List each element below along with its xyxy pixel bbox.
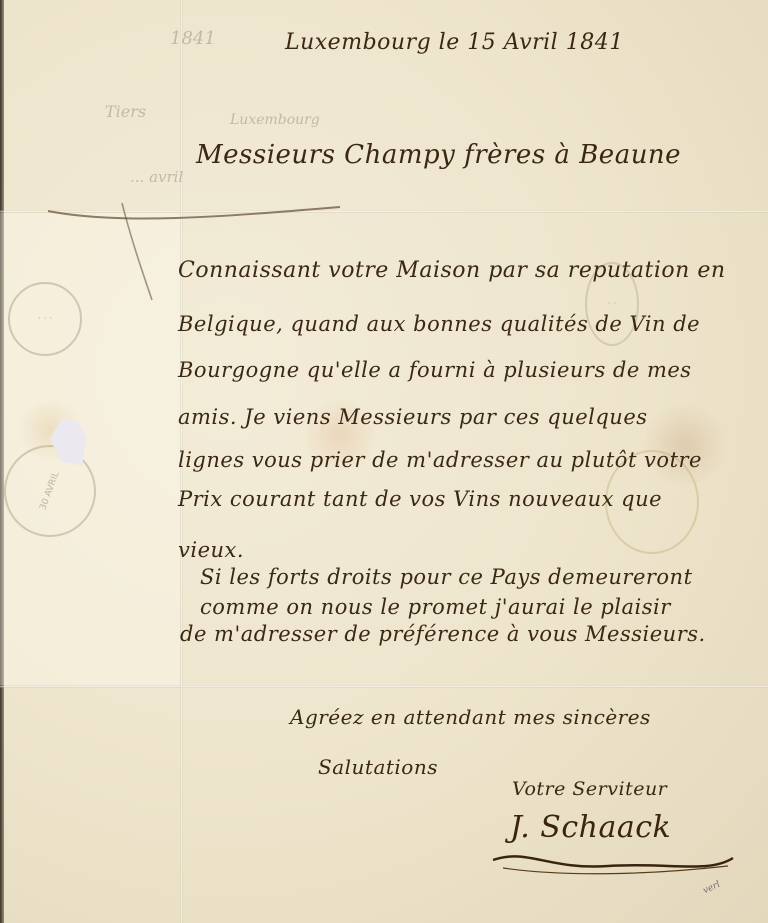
letter-page: 1841 Tiers Luxembourg ... avril · · · 30… [0, 0, 768, 923]
faint-note-1: Tiers [105, 102, 146, 121]
sign-off: Votre Serviteur [512, 778, 667, 800]
body-line-9: comme on nous le promet j'aurai le plais… [200, 595, 671, 619]
body-line-8: Si les forts droits pour ce Pays demeure… [200, 565, 693, 589]
postmark-upper-left: · · · [8, 282, 82, 356]
ink-cross-stroke [40, 195, 360, 305]
body-line-7: vieux. [178, 538, 244, 562]
body-line-4: amis. Je viens Messieurs par ces quelque… [178, 405, 648, 429]
closing-line-2: Salutations [318, 755, 438, 779]
faint-note-2: Luxembourg [230, 112, 320, 128]
body-line-1: Connaissant votre Maison par sa reputati… [178, 258, 726, 283]
faint-note-3: ... avril [130, 168, 183, 186]
body-line-10: de m'adresser de préférence à vous Messi… [180, 622, 706, 646]
closing-line-1: Agréez en attendant mes sincères [290, 705, 651, 729]
body-line-6: Prix courant tant de vos Vins nouveaux q… [178, 487, 662, 511]
fold-crease-lower [0, 685, 768, 688]
body-line-5: lignes vous prier de m'adresser au plutô… [178, 448, 702, 472]
letter-salutation: Messieurs Champy frères à Beaune [196, 140, 681, 170]
signature-flourish [488, 848, 738, 878]
body-line-3: Bourgogne qu'elle a fourni à plusieurs d… [178, 358, 692, 382]
archival-mark: verl [702, 880, 722, 896]
faint-note-top: 1841 [170, 28, 216, 49]
signature: J. Schaack [510, 810, 671, 845]
body-line-2: Belgique, quand aux bonnes qualités de V… [178, 312, 700, 336]
letter-dateline: Luxembourg le 15 Avril 1841 [285, 30, 624, 55]
